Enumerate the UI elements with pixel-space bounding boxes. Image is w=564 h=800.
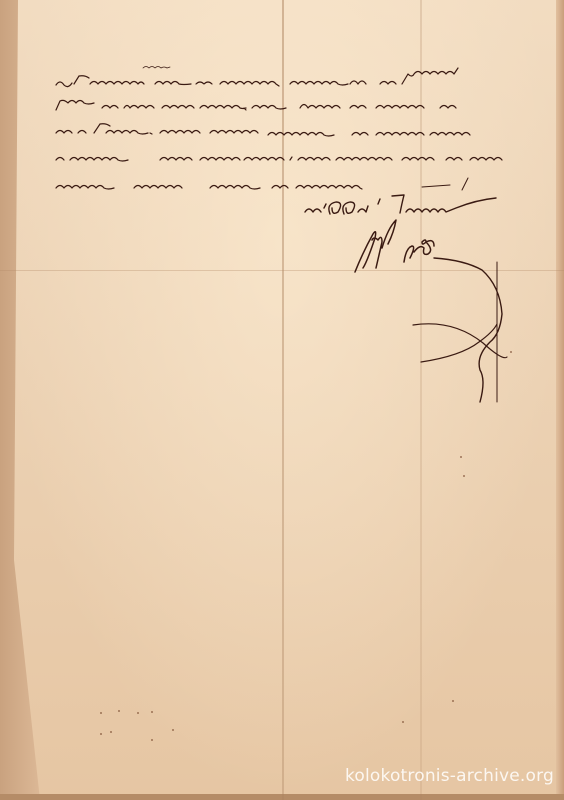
letter-line-5: ... ... ... ... του Λιτοσχορίου . [56,177,212,190]
letter-line-4: η ... . ... ... ο Κώστας ... όλαι τώρα [56,149,245,162]
signature: Φώτος (signature flourish) [355,240,503,253]
letter-line-3: σοί αι Τσαβέλλαι . ... ... μ' ... ... με… [56,122,322,135]
archive-watermark: kolokotronis-archive.org [345,766,554,786]
letter-closing: ο φίλος σου Τσαβέλας [305,200,430,213]
letter-page: Γραμματέως οι Τσαβελαίοι ... αυτήν να δο… [0,0,564,800]
letter-line-2: φθάσουν εδώ ... έγραψα ..., ... ... του … [56,98,287,111]
letter-line-1: οι Τσαβελαίοι ... αυτήν να δοκιμάσουν, .… [56,74,363,87]
handwriting-ink [0,0,564,800]
